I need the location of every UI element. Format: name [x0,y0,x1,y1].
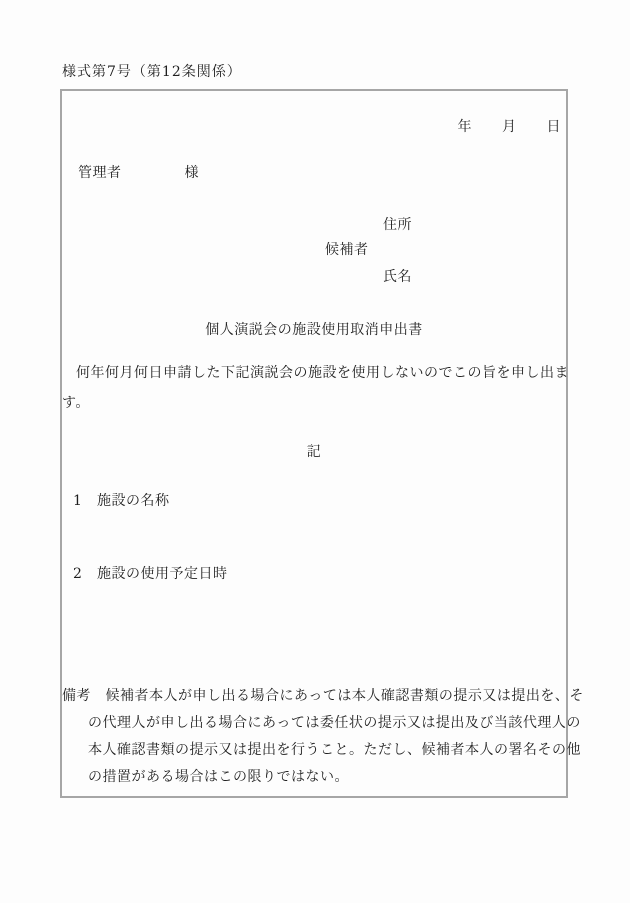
document-title: 個人演説会の施設使用取消申出書 [62,320,566,340]
day-label: 日 [547,117,562,137]
item-row-facility-name: 1 施設の名称 [62,491,566,511]
addressee-line: 管理者様 [78,163,199,183]
candidate-label: 候補者 [325,240,369,260]
item-label: 施設の使用予定日時 [97,564,228,584]
honorific-label: 様 [185,165,200,181]
item-number: 1 [73,491,82,511]
item-row-scheduled-datetime: 2 施設の使用予定日時 [62,564,566,584]
remarks-line: 備考 候補者本人が申し出る場合にあっては本人確認書類の提示又は提出を、そ [62,683,566,710]
remarks-block: 備考 候補者本人が申し出る場合にあっては本人確認書類の提示又は提出を、そ の代理… [62,683,566,791]
body-line: 何年何月何日申請した下記演説会の施設を使用しないのでこの旨を申し出ま [62,358,566,388]
month-label: 月 [502,117,517,137]
document-page: 様式第7号（第12条関係） 年 月 日 管理者様 住所 候補者 氏名 個人演説会… [0,0,630,903]
year-label: 年 [458,117,473,137]
form-number-label: 様式第7号（第12条関係） [62,62,242,82]
address-label: 住所 [383,215,412,235]
manager-label: 管理者 [78,165,122,181]
record-marker: 記 [62,442,566,462]
body-paragraph: 何年何月何日申請した下記演説会の施設を使用しないのでこの旨を申し出ま す。 [62,358,566,418]
remarks-line: の措置がある場合はこの限りではない。 [88,764,566,791]
name-label: 氏名 [383,267,412,287]
document-border-box: 年 月 日 管理者様 住所 候補者 氏名 個人演説会の施設使用取消申出書 何年何… [60,89,568,798]
body-line: す。 [62,388,566,418]
item-label: 施設の名称 [97,491,170,511]
remarks-line: 本人確認書類の提示又は提出を行うこと。ただし、候補者本人の署名その他 [88,737,566,764]
date-line: 年 月 日 [458,117,567,137]
remarks-line: の代理人が申し出る場合にあっては委任状の提示又は提出及び当該代理人の [88,710,566,737]
item-number: 2 [73,564,82,584]
